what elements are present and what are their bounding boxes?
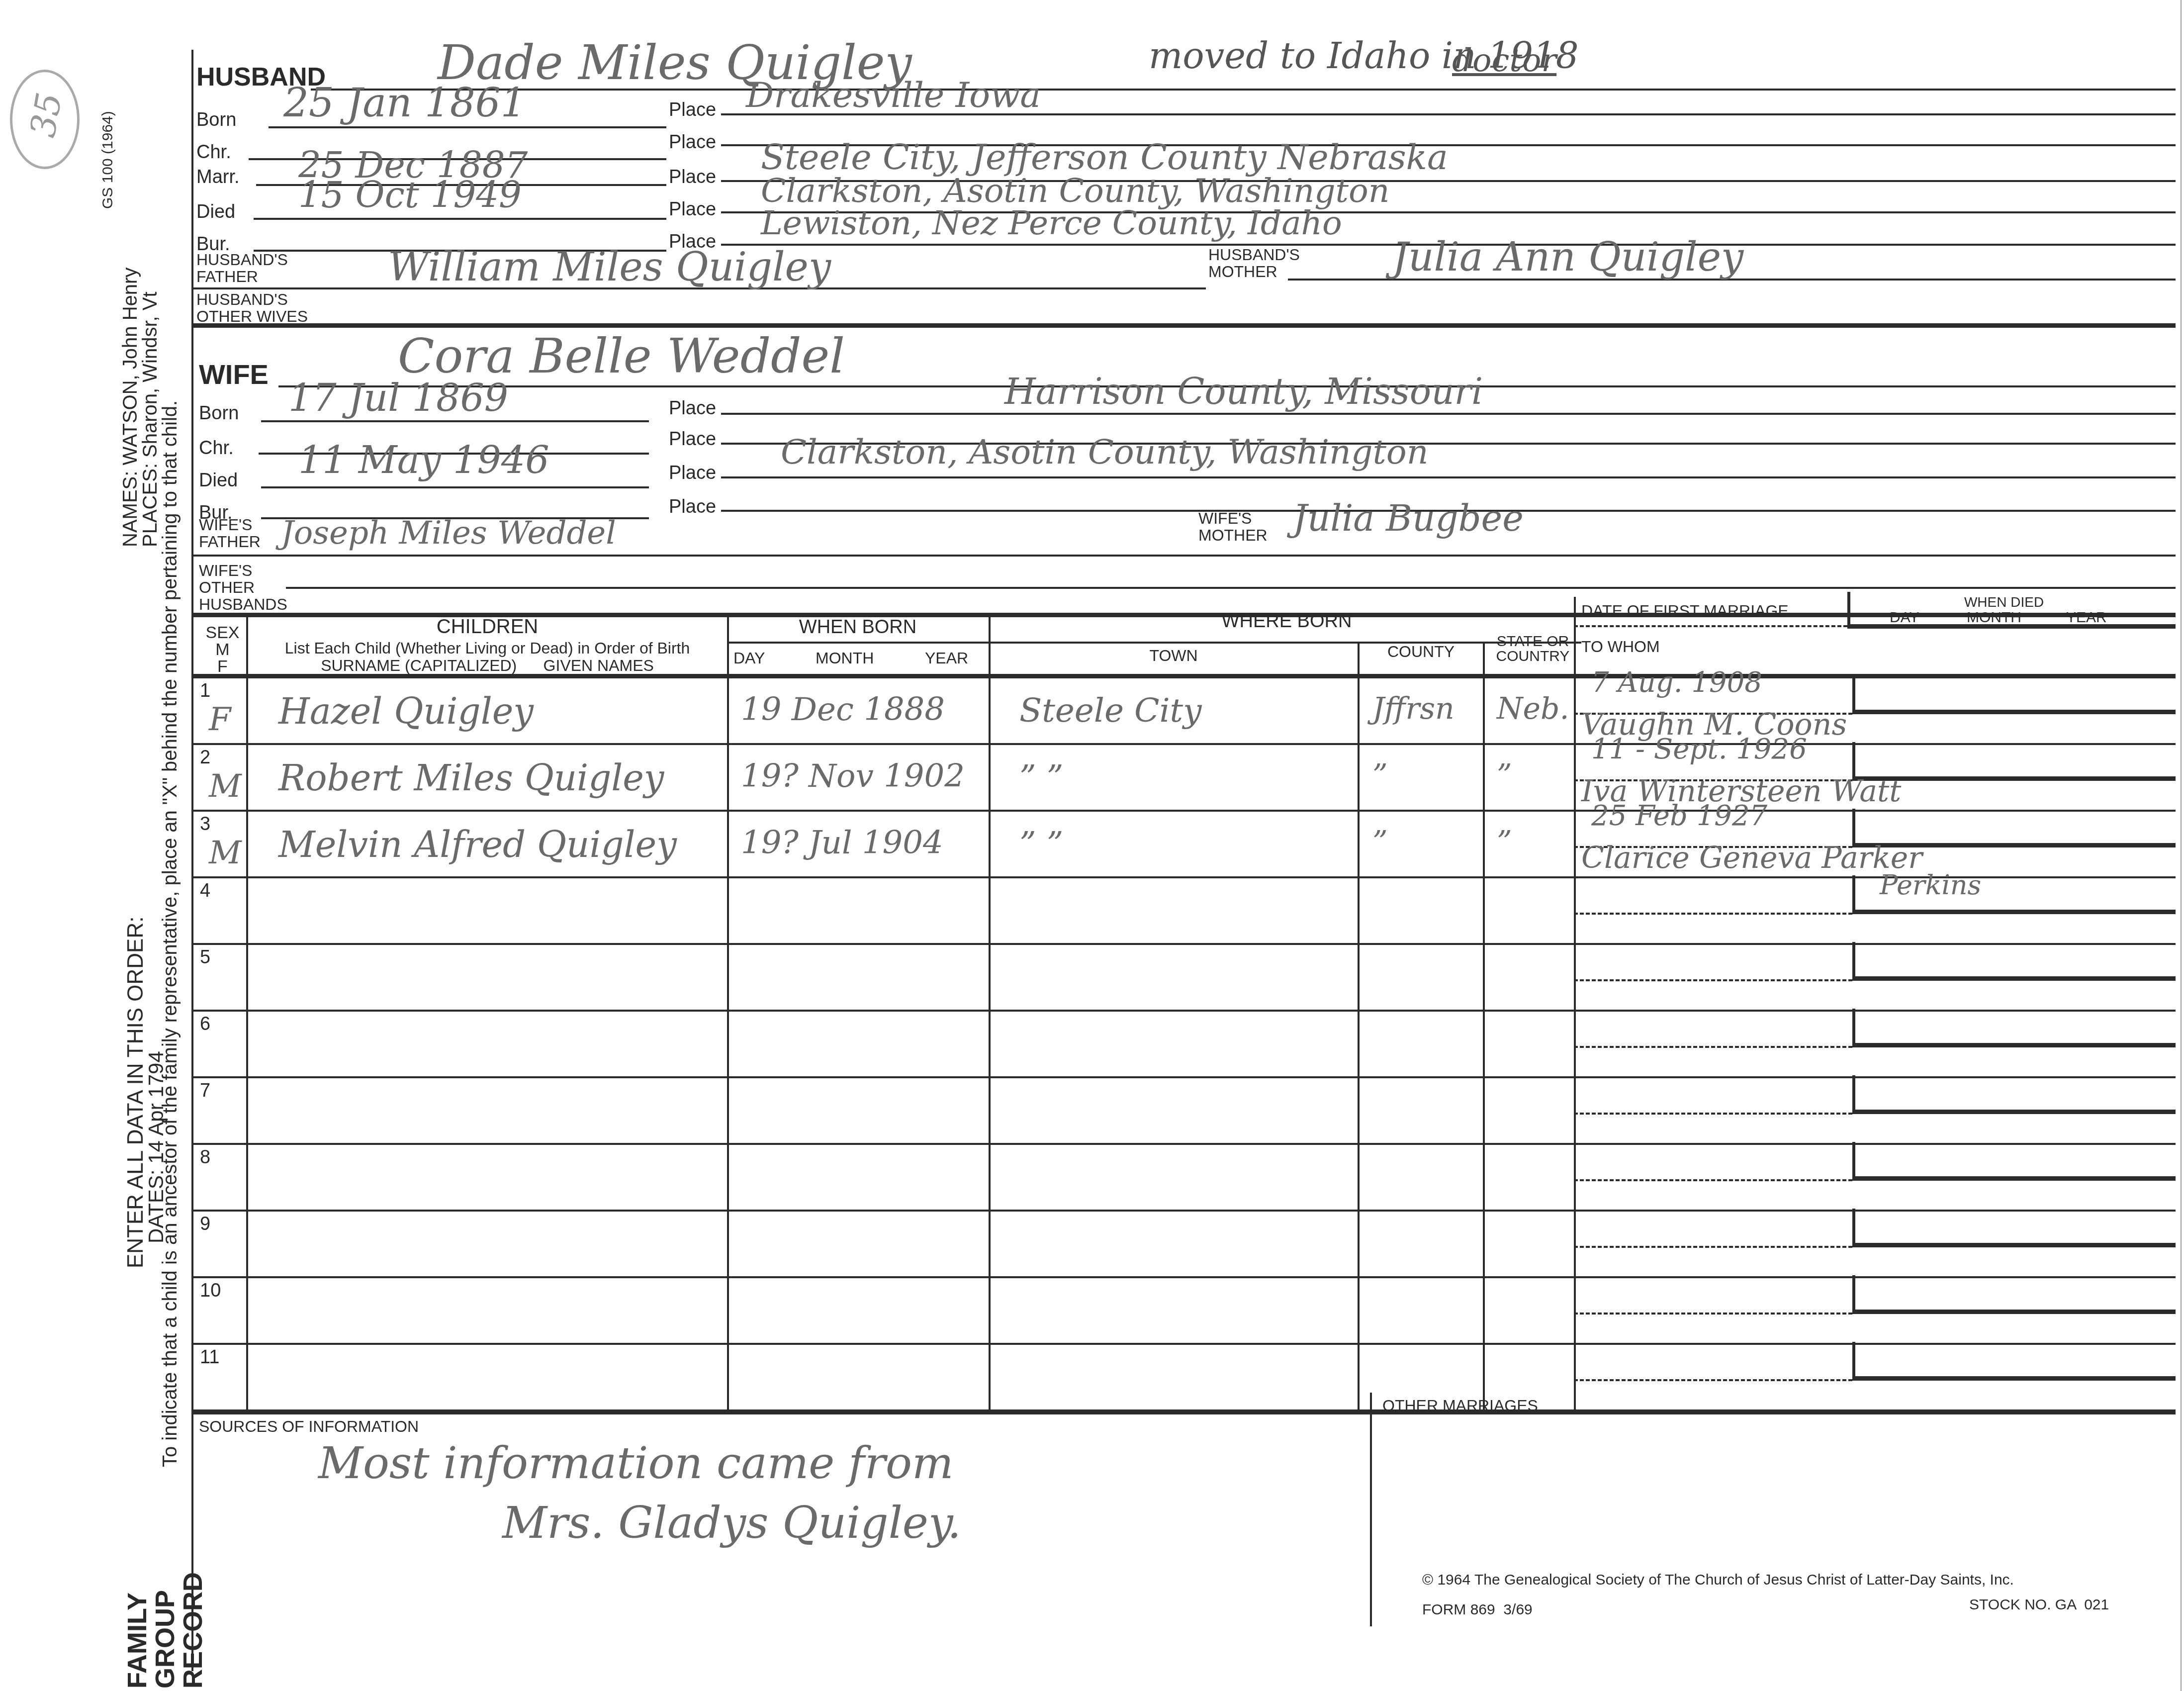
sex-header-line-1: SEX [199,624,246,641]
county-header: COUNTY [1360,643,1482,661]
row-divider [191,943,1574,945]
husband-occupation: doctor [1452,42,1556,79]
wife-died-label: Died [199,470,238,491]
row-died-divider [1852,942,1855,980]
row-divider [191,810,1574,812]
row-birth-town[interactable]: ” ” [1019,758,1063,796]
wifes-father-name: Joseph Miles Weddel [281,515,616,552]
row-number: 3 [200,814,210,835]
when-born-header: WHEN BORN [728,617,987,638]
row-died-divider [1852,1275,1855,1314]
sex-header-line-3: F [199,658,246,675]
wifes-other-husbands-line [286,587,2176,589]
husbands-father-label-line-2: FATHER [196,268,288,285]
husbands-other-wives-label-line-1: HUSBAND'S [196,291,308,308]
when-died-day-header: DAY [1890,609,1919,626]
form-title-line-1: FAMILY [123,1572,151,1689]
form-left-border [191,50,193,1671]
row-marriage-dash [1574,1246,1852,1248]
row-birth-date[interactable]: 19 Dec 1888 [741,691,945,728]
when-born-day-header: DAY [733,649,765,667]
row-child-name[interactable]: Melvin Alfred Quigley [278,824,677,865]
row-number: 7 [200,1080,210,1102]
wife-born-line [261,420,649,422]
stock-number: STOCK NO. GA 021 [1969,1597,2109,1613]
children-header: CHILDREN [249,616,726,638]
husband-died-date: 15 Oct 1949 [298,174,522,216]
row-child-name[interactable]: Hazel Quigley [278,690,534,732]
row-marriage-dash [1574,1313,1852,1315]
wifes-mother-label: WIFE'S MOTHER [1198,510,1268,544]
row-marriage-dash [1574,1379,1852,1381]
husband-died-line [254,218,666,220]
wifes-mother-label-line-2: MOTHER [1198,527,1268,544]
row-died-line [1852,1243,2176,1247]
state-header: STATE OR COUNTRY [1484,634,1581,664]
row-number: 2 [200,747,210,768]
row-number: 4 [200,880,210,902]
row-died-line [1852,1310,2176,1314]
row-died-line [1852,910,2176,914]
row-birth-county[interactable]: ” [1372,758,1388,793]
row-marriage-dash [1574,1046,1852,1048]
row-divider [191,876,1574,878]
children-subheader: List Each Child (Whether Living or Dead)… [249,639,726,658]
husbands-other-wives-label-line-2: OTHER WIVES [196,308,308,325]
row-divider [191,1343,1574,1345]
row-number: 1 [200,680,210,702]
form-title-line-2: GROUP [151,1572,179,1689]
when-died-month-header: MONTH [1967,609,2021,626]
instructions-names: NAMES: WATSON, John Henry [119,268,142,547]
when-born-year-header: YEAR [925,649,968,667]
wife-chr-label: Chr. [199,438,234,459]
wife-died-place: Clarkston, Asotin County, Washington [781,433,1429,472]
wifes-other-husbands-label-line-3: HUSBANDS [199,596,287,613]
copyright-notice: © 1964 The Genealogical Society of The C… [1422,1572,2014,1589]
other-marriages-divider [1370,1393,1372,1626]
husbands-mother-label: HUSBAND'S MOTHER [1208,246,1300,280]
row-number: 5 [200,947,210,968]
husbands-father-name: William Miles Quigley [388,244,831,290]
row-birth-county[interactable]: ” [1372,825,1388,859]
husbands-father-label-line-1: HUSBAND'S [196,251,288,268]
husband-born-place-label: Place [669,99,716,121]
row-died-line [1852,1176,2176,1181]
wife-born-label: Born [199,403,239,424]
row-number: 11 [200,1347,219,1368]
wifes-other-husbands-label: WIFE'S OTHER HUSBANDS [199,562,287,613]
row-number: 10 [200,1280,221,1302]
row-sex: M [209,835,242,871]
row-child-name[interactable]: Robert Miles Quigley [278,757,664,799]
sex-col-divider [246,614,248,1412]
row-marriage-date[interactable]: 11 - Sept. 1926 [1591,733,1807,765]
form-title: FAMILY GROUP RECORD [123,1572,207,1689]
husband-section-bottom [191,323,2176,328]
wife-bur-place-label: Place [669,496,716,518]
row-number: 6 [200,1014,210,1035]
husbands-other-wives-label: HUSBAND'S OTHER WIVES [196,291,308,325]
row-bottom-right [1574,1343,2176,1345]
row-divider [191,1010,1574,1012]
row-died-line [1852,1376,2176,1381]
row-divider [191,743,1574,745]
wife-born-place: Harrison County, Missouri [1004,371,1483,412]
row-birth-date[interactable]: 19? Nov 1902 [741,758,965,795]
sources-label: SOURCES OF INFORMATION [199,1417,419,1436]
row-sex: M [209,768,242,805]
husband-born-place: Drakesville Iowa [746,75,1041,115]
town-header: TOWN [990,647,1358,665]
form-right-edge [2181,0,2182,1691]
wife-born-date: 17 Jul 1869 [288,376,508,420]
when-died-header: WHEN DIED [1850,594,2158,610]
row-number: 8 [200,1147,210,1168]
when-died-header-bottom [1847,624,2176,629]
row-marriage-dash [1574,913,1852,915]
row-spouse[interactable]: Clarice Geneva Parker [1581,841,1922,875]
row-marriage-date[interactable]: 25 Feb 1927 [1591,800,1767,832]
row-marriage-dash [1574,979,1852,981]
husband-born-line [269,126,666,128]
row-birth-county[interactable]: Jffrsn [1372,691,1455,726]
husband-chr-label: Chr. [196,142,231,163]
row-number: 9 [200,1214,210,1235]
when-born-month-header: MONTH [816,649,874,667]
wifes-mother-name: Julia Bugbee [1293,497,1524,539]
row-died-divider [1852,675,1855,714]
form-code: GS 100 (1964) [99,111,116,209]
when-died-divider [1847,592,1850,627]
wifes-father-label-line-2: FATHER [199,533,261,550]
born-col-divider [989,613,991,1412]
state-col-divider [1574,597,1576,1412]
row-birth-town[interactable]: ” ” [1019,825,1063,863]
row-marriage-dash [1574,1179,1852,1181]
row-died-divider [1852,1209,1855,1247]
row-marriage-date[interactable]: 7 Aug. 1908 [1591,666,1762,699]
row-died-divider [1852,1075,1855,1114]
table-header-bottom [191,674,2176,678]
wife-chr-place-label: Place [669,429,716,450]
wifes-father-line [191,555,2176,557]
row-spouse-extra[interactable]: Perkins [1880,869,1981,901]
children-columns: SURNAME (CAPITALIZED) GIVEN NAMES [249,657,726,675]
husband-marr-place-label: Place [669,167,716,188]
husbands-father-label: HUSBAND'S FATHER [196,251,288,285]
husband-born-label: Born [196,109,236,131]
row-died-divider [1852,875,1855,914]
row-died-divider [1852,1142,1855,1180]
row-bottom-right [1574,1143,2176,1145]
wife-died-date: 11 May 1946 [298,438,549,482]
children-col-divider [727,613,729,1412]
wifes-father-label-line-1: WIFE'S [199,516,261,533]
county-col-divider [1483,642,1485,1412]
row-birth-date[interactable]: 19? Jul 1904 [741,825,943,861]
row-died-divider [1852,1342,1855,1380]
row-died-line [1852,710,2176,714]
wifes-father-label: WIFE'S FATHER [199,516,261,550]
row-divider [191,1143,1574,1145]
wife-died-line [261,486,649,488]
husband-marr-label: Marr. [196,167,240,188]
to-whom-header: TO WHOM [1581,638,1660,656]
instructions-places: PLACES: Sharon, Windsr, Vt [139,291,162,547]
wife-born-place-line [721,413,2176,415]
row-birth-town[interactable]: Steele City [1019,691,1201,730]
husbands-mother-name: Julia Ann Quigley [1392,234,1743,280]
wifes-other-husbands-label-line-2: OTHER [199,579,287,596]
town-col-divider [1358,642,1360,1412]
sex-header: SEX M F [199,624,246,675]
husband-born-date: 25 Jan 1861 [283,80,526,126]
husband-chr-place-label: Place [669,132,716,153]
husband-died-label: Died [196,201,235,223]
wife-born-place-label: Place [669,398,716,419]
husband-bur-place: Lewiston, Nez Perce County, Idaho [761,204,1342,242]
wifes-mother-label-line-1: WIFE'S [1198,510,1268,527]
row-bottom-right [1574,876,2176,878]
row-birth-state[interactable]: ” [1497,758,1512,793]
row-died-line [1852,976,2176,981]
row-sex: F [209,701,231,738]
sources-text-line-2: Mrs. Gladys Quigley. [502,1497,961,1548]
row-bottom-right [1574,1076,2176,1078]
row-bottom-right [1574,943,2176,945]
sex-header-line-2: M [199,641,246,658]
wifes-other-husbands-label-line-1: WIFE'S [199,562,287,579]
row-birth-state[interactable]: ” [1497,825,1512,859]
wife-label: WIFE [199,358,269,390]
form-number: FORM 869 3/69 [1422,1601,1533,1618]
row-divider [191,1076,1574,1078]
state-header-line-2: COUNTRY [1484,649,1581,664]
row-died-line [1852,1110,2176,1114]
row-bottom-right [1574,1010,2176,1012]
wife-died-place-line [721,476,2176,478]
instructions-ancestor-note: To indicate that a child is an ancestor … [159,400,182,1467]
row-died-line [1852,1043,2176,1047]
other-marriages-label: OTHER MARRIAGES [1382,1397,1538,1415]
row-birth-state[interactable]: Neb. [1497,691,1569,726]
first-marriage-divider [1574,625,1847,627]
row-divider [191,1210,1574,1212]
husbands-mother-label-line-2: MOTHER [1208,263,1300,280]
when-born-subline [728,642,1581,644]
when-died-year-header: YEAR [2066,609,2107,626]
row-bottom-right [1574,1210,2176,1212]
row-marriage-dash [1574,1113,1852,1115]
where-born-header: WHERE BORN [990,611,1584,632]
first-marriage-header: DATE OF FIRST MARRIAGE [1581,602,1789,620]
husbands-mother-label-line-1: HUSBAND'S [1208,246,1300,263]
sources-text-line-1: Most information came from [318,1437,953,1489]
page-number-mark: 35 [22,90,70,140]
wife-died-place-label: Place [669,463,716,484]
instructions-dates: DATES: 14 Apr 1794 [144,1051,168,1243]
table-bottom [191,1410,2176,1414]
husband-died-place-label: Place [669,199,716,220]
row-divider [191,1276,1574,1278]
row-bottom-right [1574,1276,2176,1278]
row-died-divider [1852,1009,1855,1047]
